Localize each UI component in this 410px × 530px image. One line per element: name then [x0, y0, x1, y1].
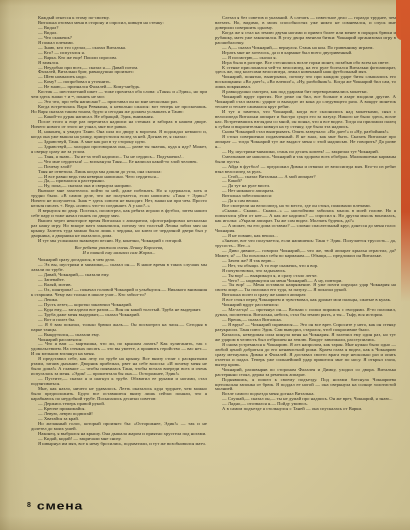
story-paragraph: И тут мы услышали знакомую песню. Ну, ко… [31, 239, 207, 244]
story-paragraph: Я стоял совершенно подавленный. Я не зна… [215, 135, 396, 150]
story-paragraph: Я снова устремился к Чокнарию. Я лез нап… [215, 343, 396, 368]
story-paragraph: И тут я заметил, что Чокнарий, когда все… [215, 110, 396, 130]
article-column-right: Слезал я без советов и указаний. А слеза… [215, 16, 396, 412]
story-paragraph: А в самом подъезде я столкнулся с Таней … [215, 407, 396, 412]
magazine-logo: смена [37, 499, 83, 512]
story-paragraph: Слезал я без советов и указаний. А слеза… [215, 16, 396, 31]
magazine-page-scan: Каждый отнесся к этому по-своему.Витальк… [0, 0, 410, 530]
story-paragraph: Мне, как назло, ничего не удавалось. Лез… [31, 387, 207, 402]
story-paragraph: Вышел через некоторое время Виталька с а… [31, 219, 207, 239]
page-number: 8 [27, 502, 31, 509]
article-column-left: Каждый отнесся к этому по-своему.Витальк… [31, 16, 207, 446]
page-footer: 8 смена [27, 499, 83, 515]
story-paragraph: Я представил себе, как лезу по трубе на … [31, 357, 207, 377]
story-paragraph: Поднявшись, я пошел к своему подъезду. П… [215, 378, 396, 393]
story-paragraph: Когда же я стал на землю двумя ногами и … [215, 31, 396, 46]
story-paragraph: Я швырнул им мяч, все к нему бросились, … [31, 442, 207, 447]
page-edge-orange-strip [401, 0, 410, 302]
story-paragraph: «Скажи... Скажи... Скажи...» — настойчив… [215, 209, 396, 224]
song-verse: Все ребята уважали очень Лешку Королева,… [41, 246, 197, 256]
story-paragraph: Чокнарий вдруг притих. Все реже он бил, … [215, 95, 396, 110]
story-paragraph: Чокнарий, понятно, выигрывал, потому что… [215, 75, 396, 90]
story-paragraph: — Айда в футбол! — предложил Димка и отв… [215, 165, 396, 175]
story-paragraph: Вначале мне захотелось пойти за ней, даж… [31, 189, 207, 209]
story-paragraph: — Что я вам — мартышка, что ли, по крыша… [31, 342, 207, 357]
